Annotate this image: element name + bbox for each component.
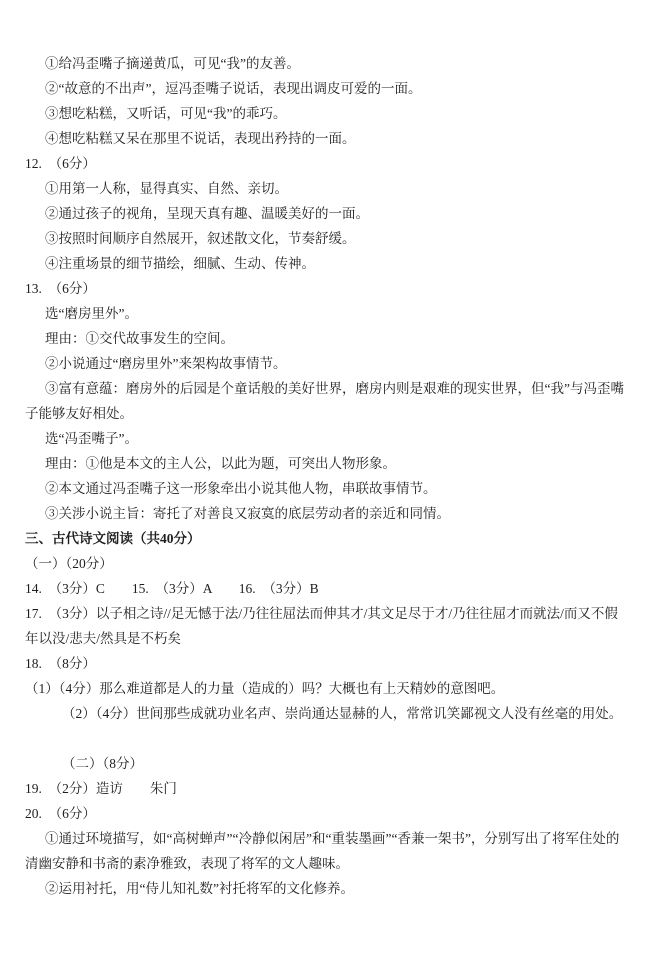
subsection-1-header: （一）（20分） [25,551,630,576]
answer-13a-reason-2: ②小说通过“磨房里外”来架构故事情节。 [25,351,630,376]
section-3-heading: 三、古代诗文阅读（共40分） [25,526,630,551]
answer-11-point-2: ②“故意的不出声”，逗冯歪嘴子说话，表现出调皮可爱的一面。 [25,76,630,101]
question-13-header: 13. （6分） [25,276,630,301]
answer-13b-reason-3: ③关涉小说主旨：寄托了对善良又寂寞的底层劳动者的亲近和同情。 [25,501,630,526]
answer-17: 17. （3分）以子相之诗//足无憾于法/乃往往屈法而伸其才/其文足尽于才/乃往… [25,601,630,651]
subsection-2-header: （二）（8分） [25,751,630,776]
document-page: ①给冯歪嘴子摘递黄瓜，可见“我”的友善。②“故意的不出声”，逗冯歪嘴子说话，表现… [0,0,650,955]
answer-13b-reason-1: 理由：①他是本文的主人公，以此为题，可突出人物形象。 [25,451,630,476]
answer-11-point-1: ①给冯歪嘴子摘递黄瓜，可见“我”的友善。 [25,51,630,76]
answer-key-text-block: ①给冯歪嘴子摘递黄瓜，可见“我”的友善。②“故意的不出声”，逗冯歪嘴子说话，表现… [25,51,630,901]
answer-11-point-4: ④想吃粘糕又呆在那里不说话，表现出矜持的一面。 [25,126,630,151]
answer-13-choice-b: 选“冯歪嘴子”。 [25,426,630,451]
answer-18-2: （2）（4分）世间那些成就功业名声、崇尚通达显赫的人，常常讥笑鄙视文人没有丝毫的… [25,701,630,726]
answer-20-point-1: ①通过环境描写，如“高树蝉声”“冷静似闲居”和“重装墨画”“香兼一架书”，分别写… [25,826,630,876]
answer-13a-reason-1: 理由：①交代故事发生的空间。 [25,326,630,351]
answer-11-point-3: ③想吃粘糕，又听话，可见“我”的乖巧。 [25,101,630,126]
answer-18-1: （1）（4分）那么难道都是人的力量（造成的）吗？大概也有上天精妙的意图吧。 [25,676,630,701]
answer-19: 19. （2分）造访 朱门 [25,776,630,801]
answer-12-point-4: ④注重场景的细节描绘，细腻、生动、传神。 [25,251,630,276]
answers-14-15-16: 14. （3分）C 15. （3分）A 16. （3分）B [25,576,630,601]
answer-12-point-1: ①用第一人称，显得真实、自然、亲切。 [25,176,630,201]
answer-12-point-3: ③按照时间顺序自然展开，叙述散文化，节奏舒缓。 [25,226,630,251]
question-18-header: 18. （8分） [25,651,630,676]
answer-20-point-2: ②运用衬托，用“侍儿知礼数”衬托将军的文化修养。 [25,876,630,901]
answer-13-choice-a: 选“磨房里外”。 [25,301,630,326]
answer-13b-reason-2: ②本文通过冯歪嘴子这一形象牵出小说其他人物，串联故事情节。 [25,476,630,501]
question-20-header: 20. （6分） [25,801,630,826]
answer-13a-reason-3: ③富有意蕴：磨房外的后园是个童话般的美好世界，磨房内则是艰难的现实世界，但“我”… [25,376,630,426]
blank-line [25,726,630,751]
answer-12-point-2: ②通过孩子的视角，呈现天真有趣、温暖美好的一面。 [25,201,630,226]
question-12-header: 12. （6分） [25,151,630,176]
